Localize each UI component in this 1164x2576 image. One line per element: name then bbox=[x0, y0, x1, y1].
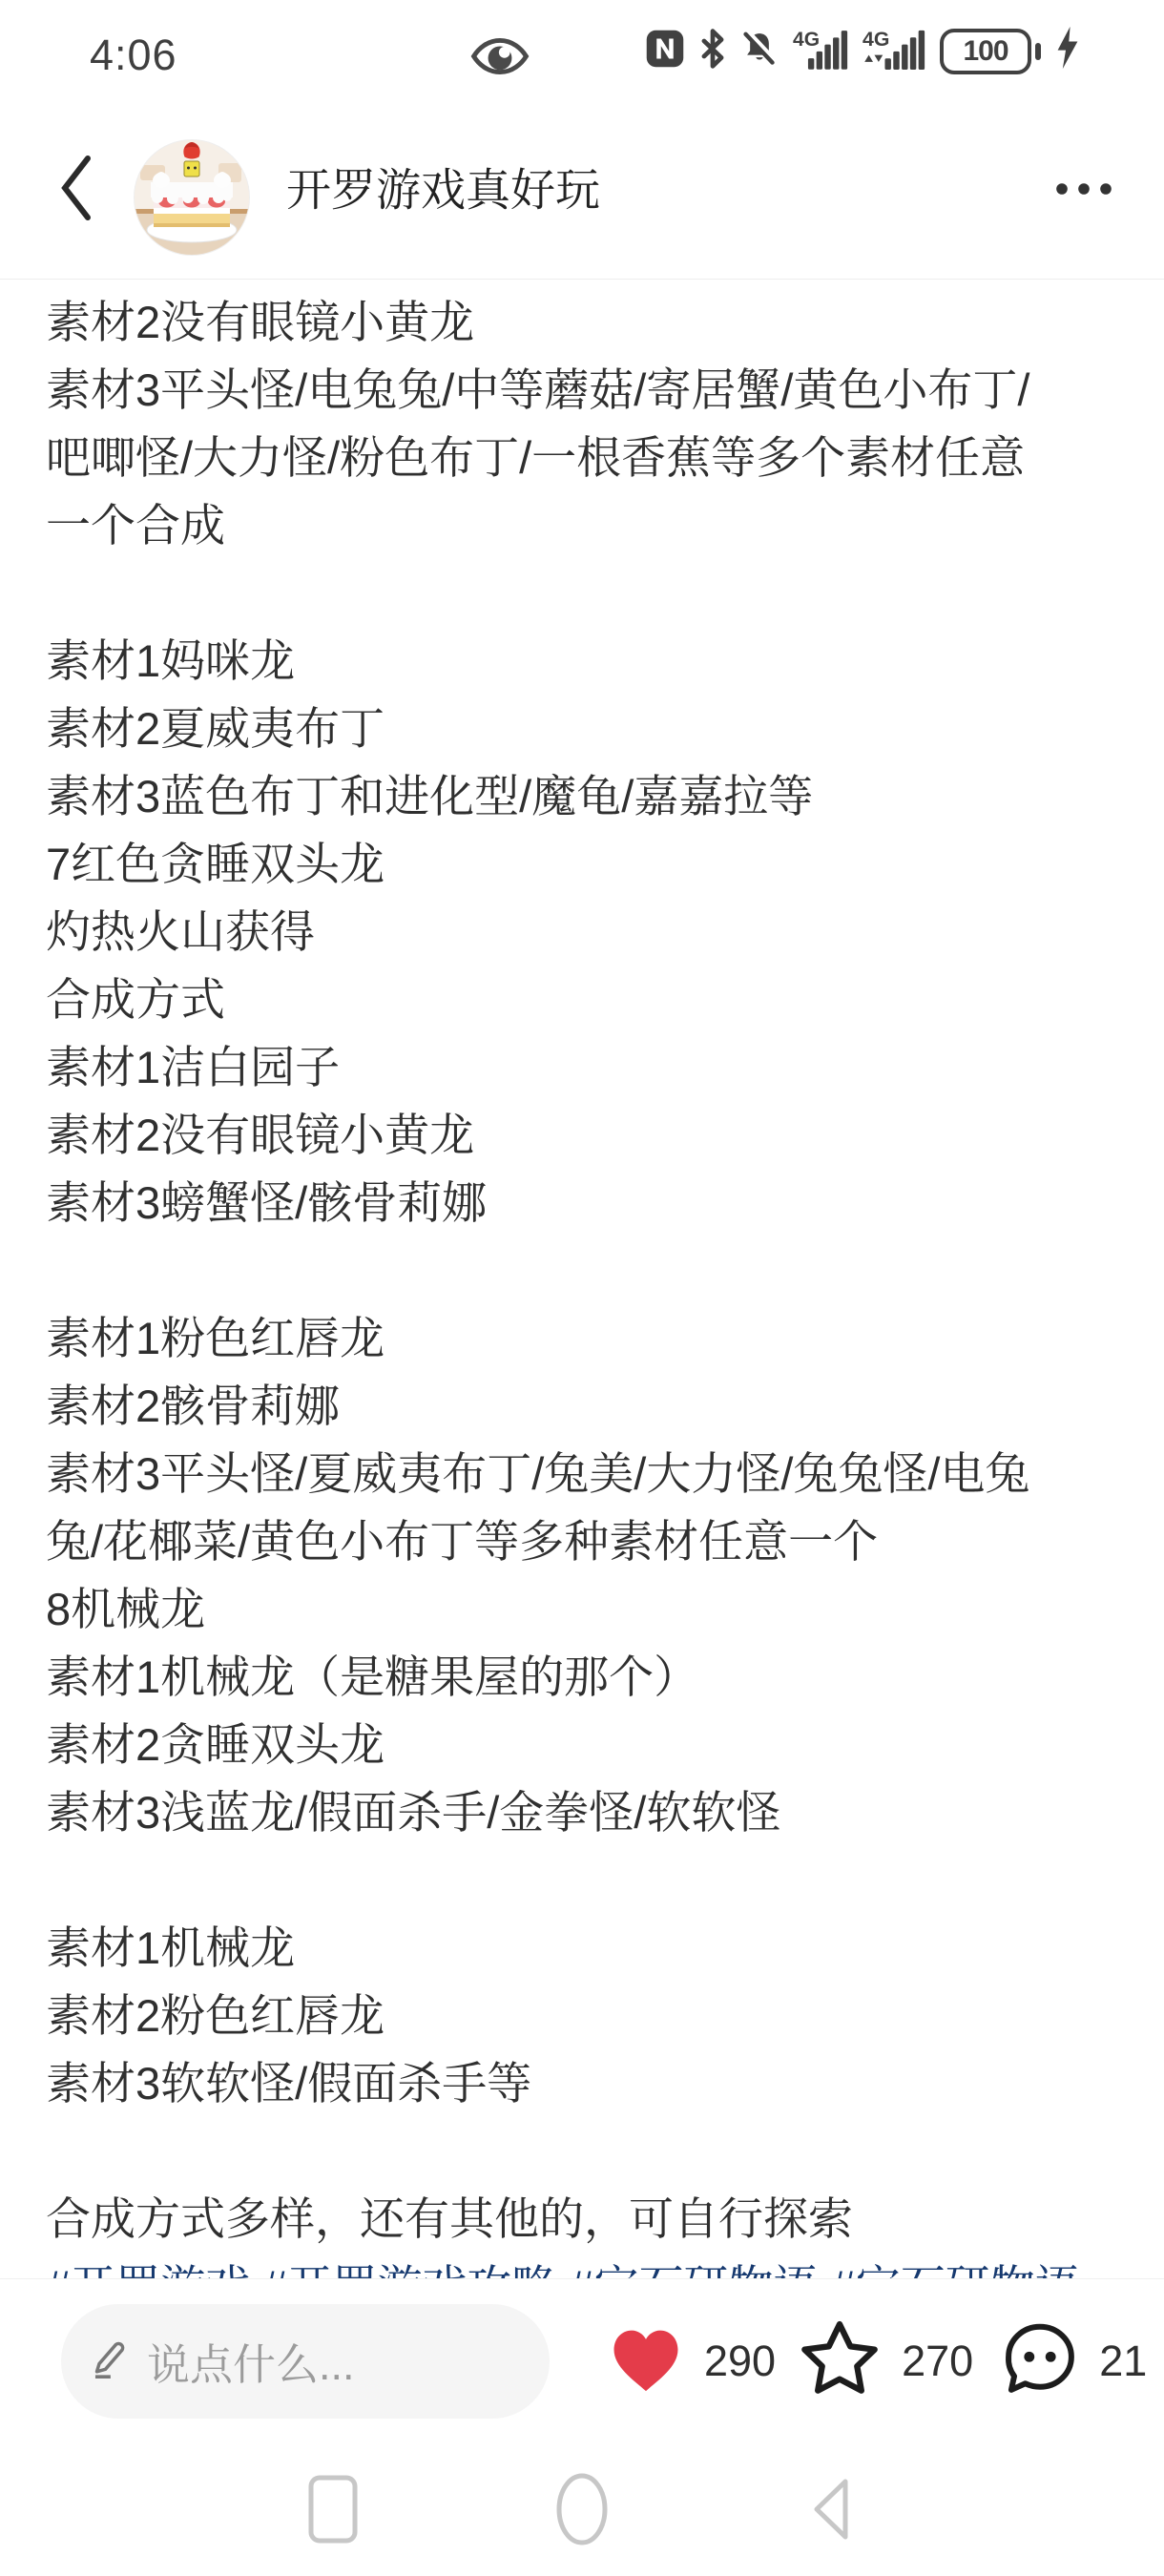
post-text-line: 素材2贪睡双头龙 bbox=[46, 1711, 1118, 1778]
post-text-line: 合成方式 bbox=[46, 966, 1118, 1033]
charging-bolt-icon bbox=[1055, 26, 1080, 74]
chat-bubble-icon bbox=[1000, 2318, 1080, 2403]
post-text-line: 素材2粉色红唇龙 bbox=[46, 1982, 1118, 2049]
post-text-line: 一个合成 bbox=[46, 491, 1118, 559]
recents-square-icon[interactable] bbox=[306, 2473, 360, 2545]
post-text-line: 兔/花椰菜/黄色小布丁等多种素材任意一个 bbox=[46, 1507, 1118, 1575]
battery-nub bbox=[1035, 43, 1041, 60]
author-name[interactable]: 开罗游戏真好玩 bbox=[286, 156, 600, 219]
battery-level: 100 bbox=[963, 35, 1008, 68]
bottom-action-bar: 说点什么... 290 270 bbox=[0, 2278, 1164, 2442]
post-text-line bbox=[46, 2117, 1118, 2185]
post-text-line bbox=[46, 1846, 1118, 1914]
cake-avatar-image bbox=[135, 140, 249, 255]
post-text-line: 7红色贪睡双头龙 bbox=[46, 830, 1118, 898]
eye-protection-icon bbox=[469, 34, 530, 83]
hashtag-line[interactable]: #开罗游戏 #开罗游戏攻略 #宝石研物语 #宝石研物语 bbox=[46, 2253, 1118, 2278]
collect-button[interactable]: 270 bbox=[797, 2317, 973, 2404]
post-text-line: 素材3浅蓝龙/假面杀手/金拳怪/软软怪 bbox=[46, 1778, 1118, 1846]
post-text-line: 素材2没有眼镜小黄龙 bbox=[46, 288, 1118, 356]
post-header: 开罗游戏真好玩 bbox=[0, 95, 1164, 280]
post-text-line: 素材1机械龙 bbox=[46, 1914, 1118, 1982]
post-text-line: 素材3蓝色布丁和进化型/魔龟/嘉嘉拉等 bbox=[46, 762, 1118, 830]
comment-input[interactable]: 说点什么... bbox=[61, 2304, 550, 2419]
home-circle-icon[interactable] bbox=[552, 2471, 612, 2547]
post-text-line bbox=[46, 559, 1118, 627]
post-text-line: 素材3软软怪/假面杀手等 bbox=[46, 2049, 1118, 2117]
post-text-line: 素材2没有眼镜小黄龙 bbox=[46, 1101, 1118, 1169]
post-text-line: 灼热火山获得 bbox=[46, 898, 1118, 966]
like-button[interactable]: 290 bbox=[607, 2322, 776, 2399]
nfc-icon bbox=[645, 28, 685, 74]
post-text-line: 素材2夏威夷布丁 bbox=[46, 695, 1118, 762]
post-text-line: 素材1粉色红唇龙 bbox=[46, 1304, 1118, 1372]
avatar[interactable] bbox=[134, 139, 250, 256]
svg-text:4G: 4G bbox=[793, 29, 820, 51]
back-triangle-icon[interactable] bbox=[804, 2473, 858, 2545]
comment-button[interactable]: 21 bbox=[1000, 2318, 1147, 2403]
post-text-line: 吧唧怪/大力怪/粉色布丁/一根香蕉等多个素材任意 bbox=[46, 424, 1118, 491]
bluetooth-icon bbox=[699, 28, 726, 74]
post-text-line: 素材2骸骨莉娜 bbox=[46, 1372, 1118, 1440]
post-text-line: 素材3螃蟹怪/骸骨莉娜 bbox=[46, 1169, 1118, 1236]
svg-text:4G: 4G bbox=[863, 28, 889, 51]
post-text-line: 素材1机械龙（是糖果屋的那个） bbox=[46, 1643, 1118, 1711]
status-time: 4:06 bbox=[90, 31, 177, 80]
comment-count: 21 bbox=[1099, 2337, 1147, 2386]
signal-4g-icon-2: 4G bbox=[863, 28, 925, 74]
status-bar: 4:06 bbox=[0, 0, 1164, 95]
heart-icon bbox=[607, 2322, 685, 2399]
android-nav-bar bbox=[0, 2442, 1164, 2576]
star-icon bbox=[797, 2317, 883, 2404]
post-text-line: 素材1洁白园子 bbox=[46, 1033, 1118, 1101]
battery-icon: 100 bbox=[940, 29, 1041, 74]
post-body: 素材2没有眼镜小黄龙素材3平头怪/电兔兔/中等蘑菇/寄居蟹/黄色小布丁/吧唧怪/… bbox=[0, 280, 1164, 2278]
signal-4g-icon: 4G bbox=[793, 28, 848, 74]
post-text: 素材2没有眼镜小黄龙素材3平头怪/电兔兔/中等蘑菇/寄居蟹/黄色小布丁/吧唧怪/… bbox=[46, 280, 1118, 2253]
status-icon-group: 4G 4G bbox=[645, 29, 1080, 74]
mute-bell-icon bbox=[740, 28, 779, 74]
post-text-line: 素材3平头怪/电兔兔/中等蘑菇/寄居蟹/黄色小布丁/ bbox=[46, 356, 1118, 424]
post-text-line bbox=[46, 1236, 1118, 1304]
back-icon[interactable] bbox=[53, 153, 99, 228]
phone-screen: 4:06 bbox=[0, 0, 1164, 2576]
collect-count: 270 bbox=[902, 2337, 973, 2386]
like-count: 290 bbox=[704, 2337, 776, 2386]
post-text-line: 8机械龙 bbox=[46, 1575, 1118, 1643]
more-icon[interactable] bbox=[1056, 182, 1112, 199]
post-text-line: 合成方式多样，还有其他的，可自行探索 bbox=[46, 2185, 1118, 2253]
post-text-line: 素材1妈咪龙 bbox=[46, 627, 1118, 695]
comment-placeholder: 说点什么... bbox=[147, 2330, 355, 2392]
pencil-icon bbox=[86, 2337, 130, 2385]
post-text-line: 素材3平头怪/夏威夷布丁/兔美/大力怪/兔兔怪/电兔 bbox=[46, 1440, 1118, 1507]
